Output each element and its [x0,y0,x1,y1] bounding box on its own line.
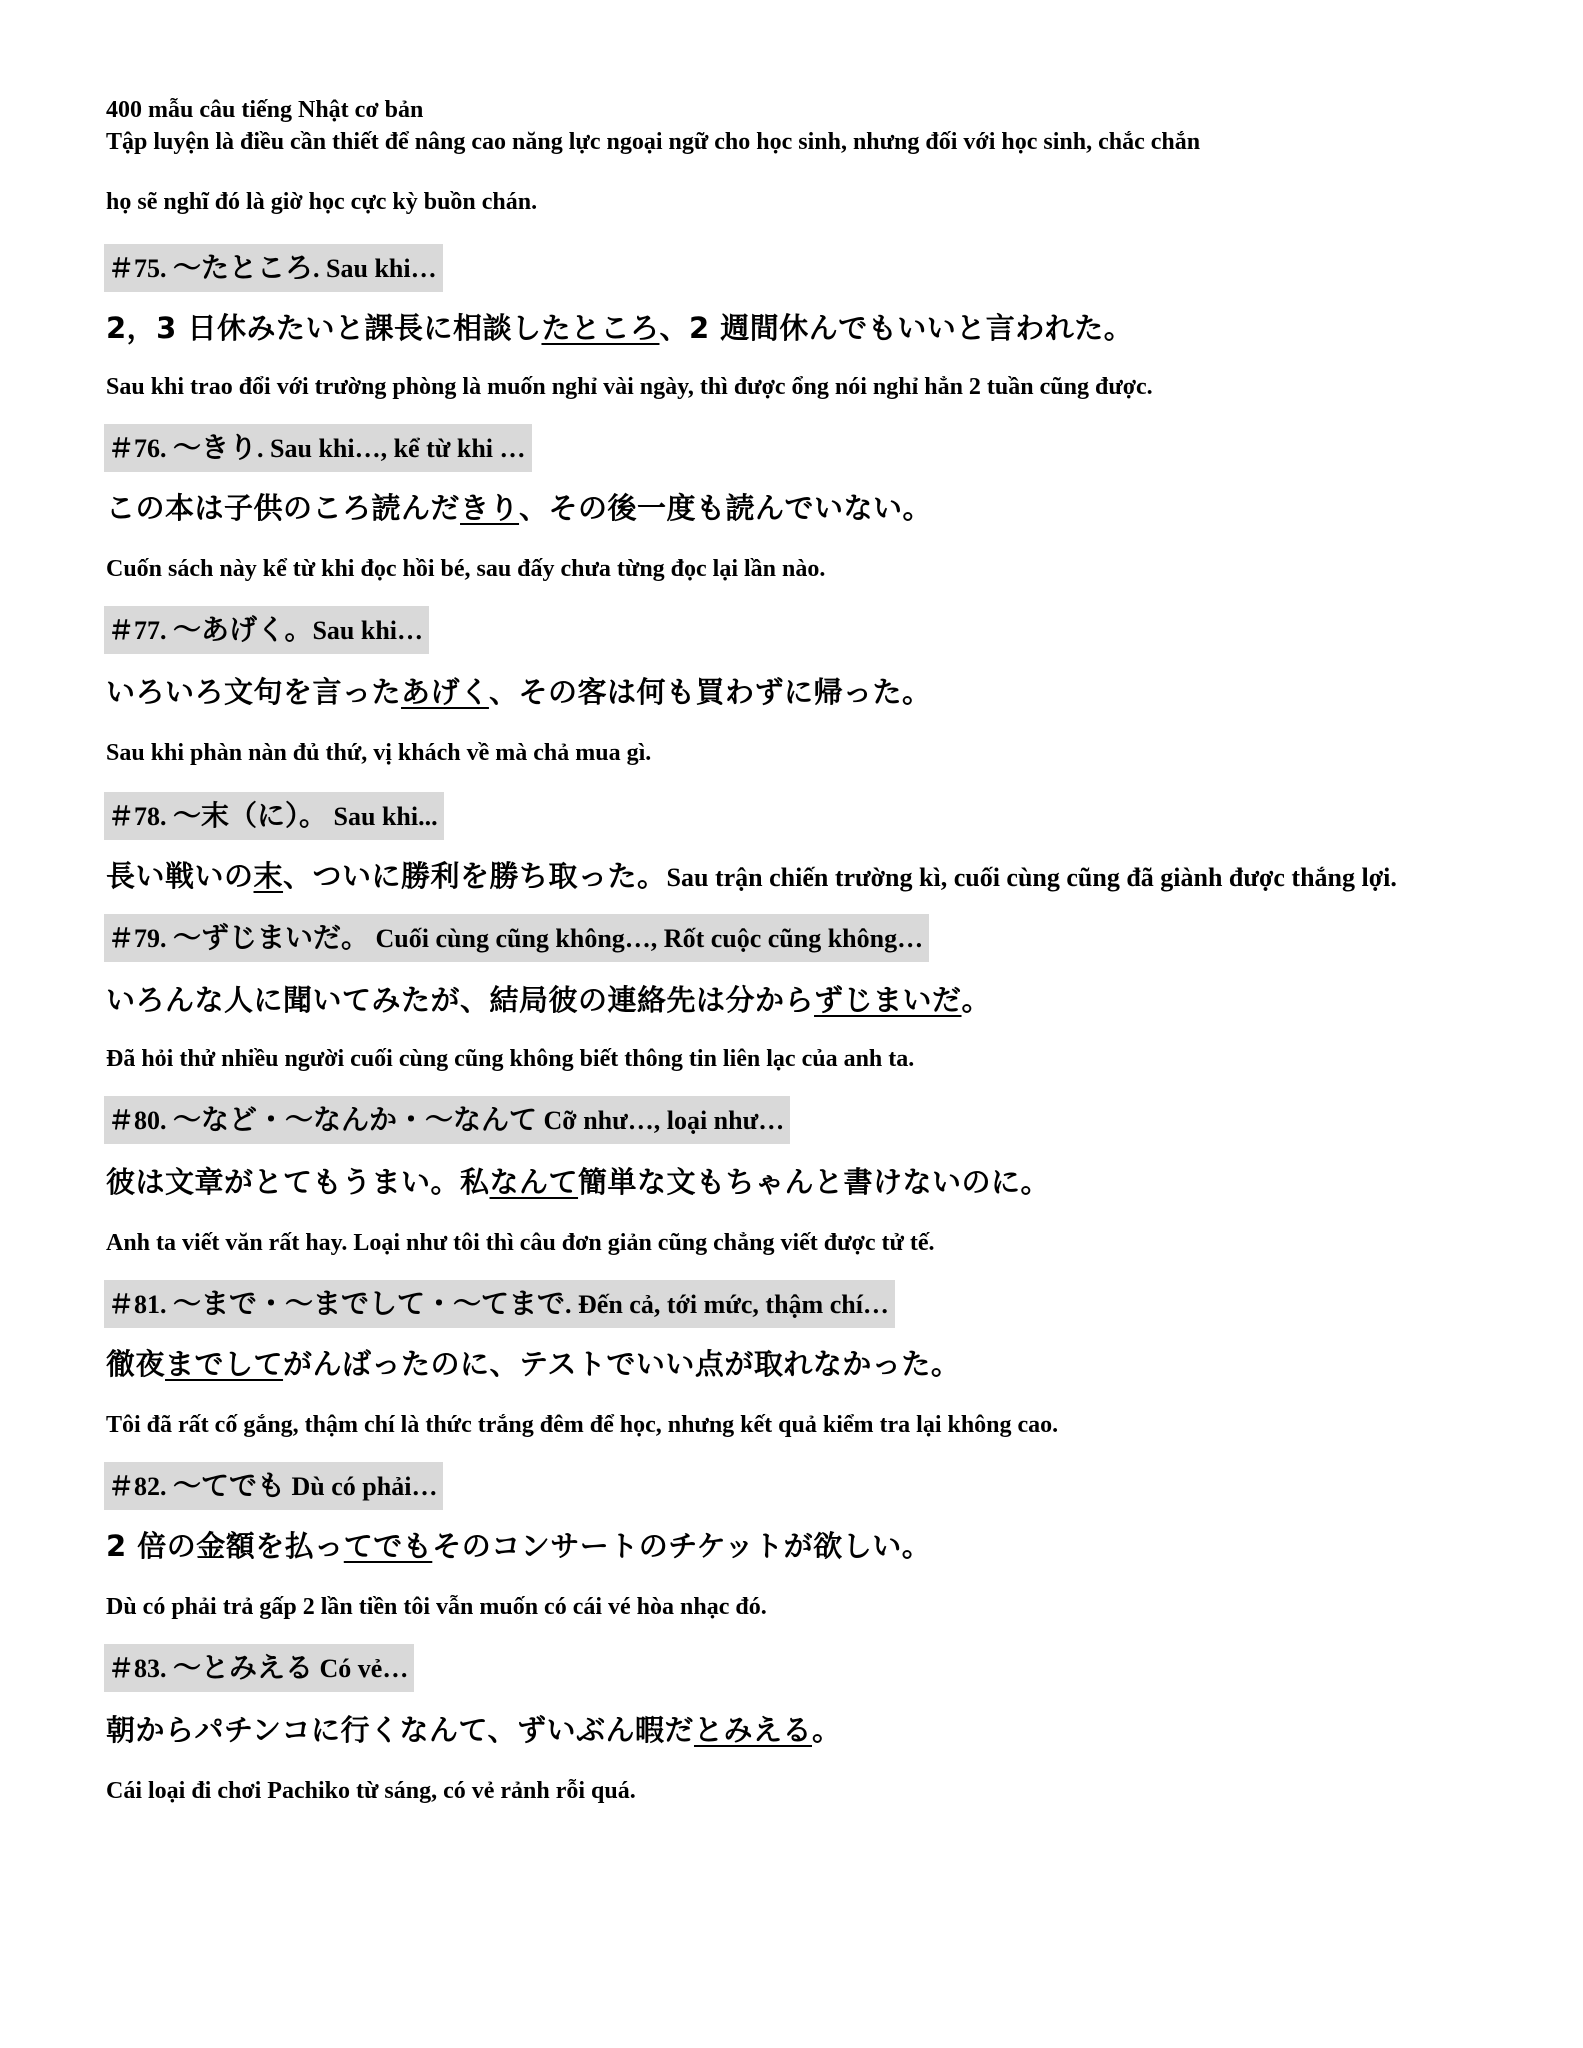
example-sentence-82: 2 倍の金額を払ってでもそのコンサートのチケットが欲しい。 [106,1526,931,1566]
intro-line-2: họ sẽ nghĩ đó là giờ học cực kỳ buồn chá… [106,188,537,216]
grammar-pattern: ～まで・～までして・～てまで [173,1287,565,1320]
translation-78: Sau trận chiến trường kì, cuối cùng cũng… [667,863,1397,892]
translation-79: Đã hỏi thử nhiều người cuối cùng cũng kh… [106,1044,914,1074]
grammar-pattern: ～末（に）。 [173,799,327,832]
highlighted-pattern: なんて [490,1165,579,1199]
highlighted-pattern: たところ [541,311,659,345]
document-page: 400 mẫu câu tiếng Nhật cơ bản Tập luyện … [0,0,1583,2048]
grammar-meaning: . Đến cả, tới mức, thậm chí… [565,1290,889,1319]
example-sentence-79: いろんな人に聞いてみたが、結局彼の連絡先は分からずじまいだ。 [106,980,991,1020]
section-heading-76: ＃76. ～きり. Sau khi…, kể từ khi … [104,424,532,472]
section-heading-82: ＃82. ～てでも Dù có phải… [104,1462,443,1510]
grammar-meaning: . Sau khi… [313,254,437,283]
translation-82: Dù có phải trả gấp 2 lần tiền tôi vẫn mu… [106,1592,767,1622]
example-sentence-80: 彼は文章がとてもうまい。私なんて簡単な文もちゃんと書けないのに。 [106,1162,1050,1202]
highlighted-pattern: とみえる [694,1713,812,1747]
section-heading-78: ＃78. ～末（に）。 Sau khi... [104,792,444,840]
section-heading-81: ＃81. ～まで・～までして・～てまで. Đến cả, tới mức, th… [104,1280,895,1328]
document-title: 400 mẫu câu tiếng Nhật cơ bản [106,96,423,124]
grammar-meaning: Cỡ như…, loại như… [537,1106,784,1135]
grammar-pattern: ～たところ [173,251,313,284]
section-number: ＃75. [108,254,167,283]
example-sentence-83: 朝からパチンコに行くなんて、ずいぶん暇だとみえる。 [106,1710,842,1750]
grammar-meaning: . Sau khi…, kể từ khi … [257,434,525,463]
grammar-pattern: ～ずじまいだ。 [173,921,369,954]
translation-81: Tôi đã rất cố gắng, thậm chí là thức trắ… [106,1410,1058,1440]
section-heading-80: ＃80. ～など・～なんか・～なんて Cỡ như…, loại như… [104,1096,790,1144]
intro-line-1: Tập luyện là điều cần thiết để nâng cao … [106,128,1200,156]
grammar-pattern: ～あげく。 [173,613,312,646]
translation-77: Sau khi phàn nàn đủ thứ, vị khách về mà … [106,738,651,768]
grammar-pattern: ～きり [173,431,257,464]
example-sentence-76: この本は子供のころ読んだきり、その後一度も読んでいない。 [106,488,932,528]
example-sentence-77: いろいろ文句を言ったあげく、その客は何も買わずに帰った。 [106,672,931,712]
highlighted-pattern: てでも [344,1529,433,1563]
section-heading-79: ＃79. ～ずじまいだ。 Cuối cùng cũng không…, Rốt … [104,914,929,962]
grammar-pattern: ～てでも [173,1469,285,1502]
translation-83: Cái loại đi chơi Pachiko từ sáng, có vẻ … [106,1776,636,1806]
grammar-meaning: Sau khi... [327,802,438,831]
highlighted-pattern: 末 [254,859,284,893]
section-heading-83: ＃83. ～とみえる Có vẻ… [104,1644,414,1692]
highlighted-pattern: きり [460,491,519,525]
grammar-meaning: Sau khi… [312,616,423,645]
grammar-meaning: Dù có phải… [285,1472,437,1501]
section-heading-77: ＃77. ～あげく。Sau khi… [104,606,429,654]
grammar-pattern: ～など・～なんか・～なんて [173,1103,537,1136]
translation-76: Cuốn sách này kể từ khi đọc hồi bé, sau … [106,554,825,584]
translation-75: Sau khi trao đổi với trường phòng là muố… [106,372,1153,402]
highlighted-pattern: あげく [401,675,489,709]
example-sentence-78: 長い戦いの末、ついに勝利を勝ち取った。Sau trận chiến trường… [106,856,1397,898]
section-heading-75: ＃75. ～たところ. Sau khi… [104,244,443,292]
grammar-meaning: Có vẻ… [313,1654,408,1683]
grammar-meaning: Cuối cùng cũng không…, Rốt cuộc cũng khô… [369,924,923,953]
highlighted-pattern: ずじまいだ [814,983,962,1017]
example-sentence-81: 徹夜までしてがんばったのに、テストでいい点が取れなかった。 [106,1344,960,1384]
highlighted-pattern: までして [165,1347,283,1381]
translation-80: Anh ta viết văn rất hay. Loại như tôi th… [106,1228,935,1258]
example-sentence-75: 2，3 日休みたいと課長に相談したところ、2 週間休んでもいいと言われた。 [106,308,1133,348]
grammar-pattern: ～とみえる [173,1651,313,1684]
